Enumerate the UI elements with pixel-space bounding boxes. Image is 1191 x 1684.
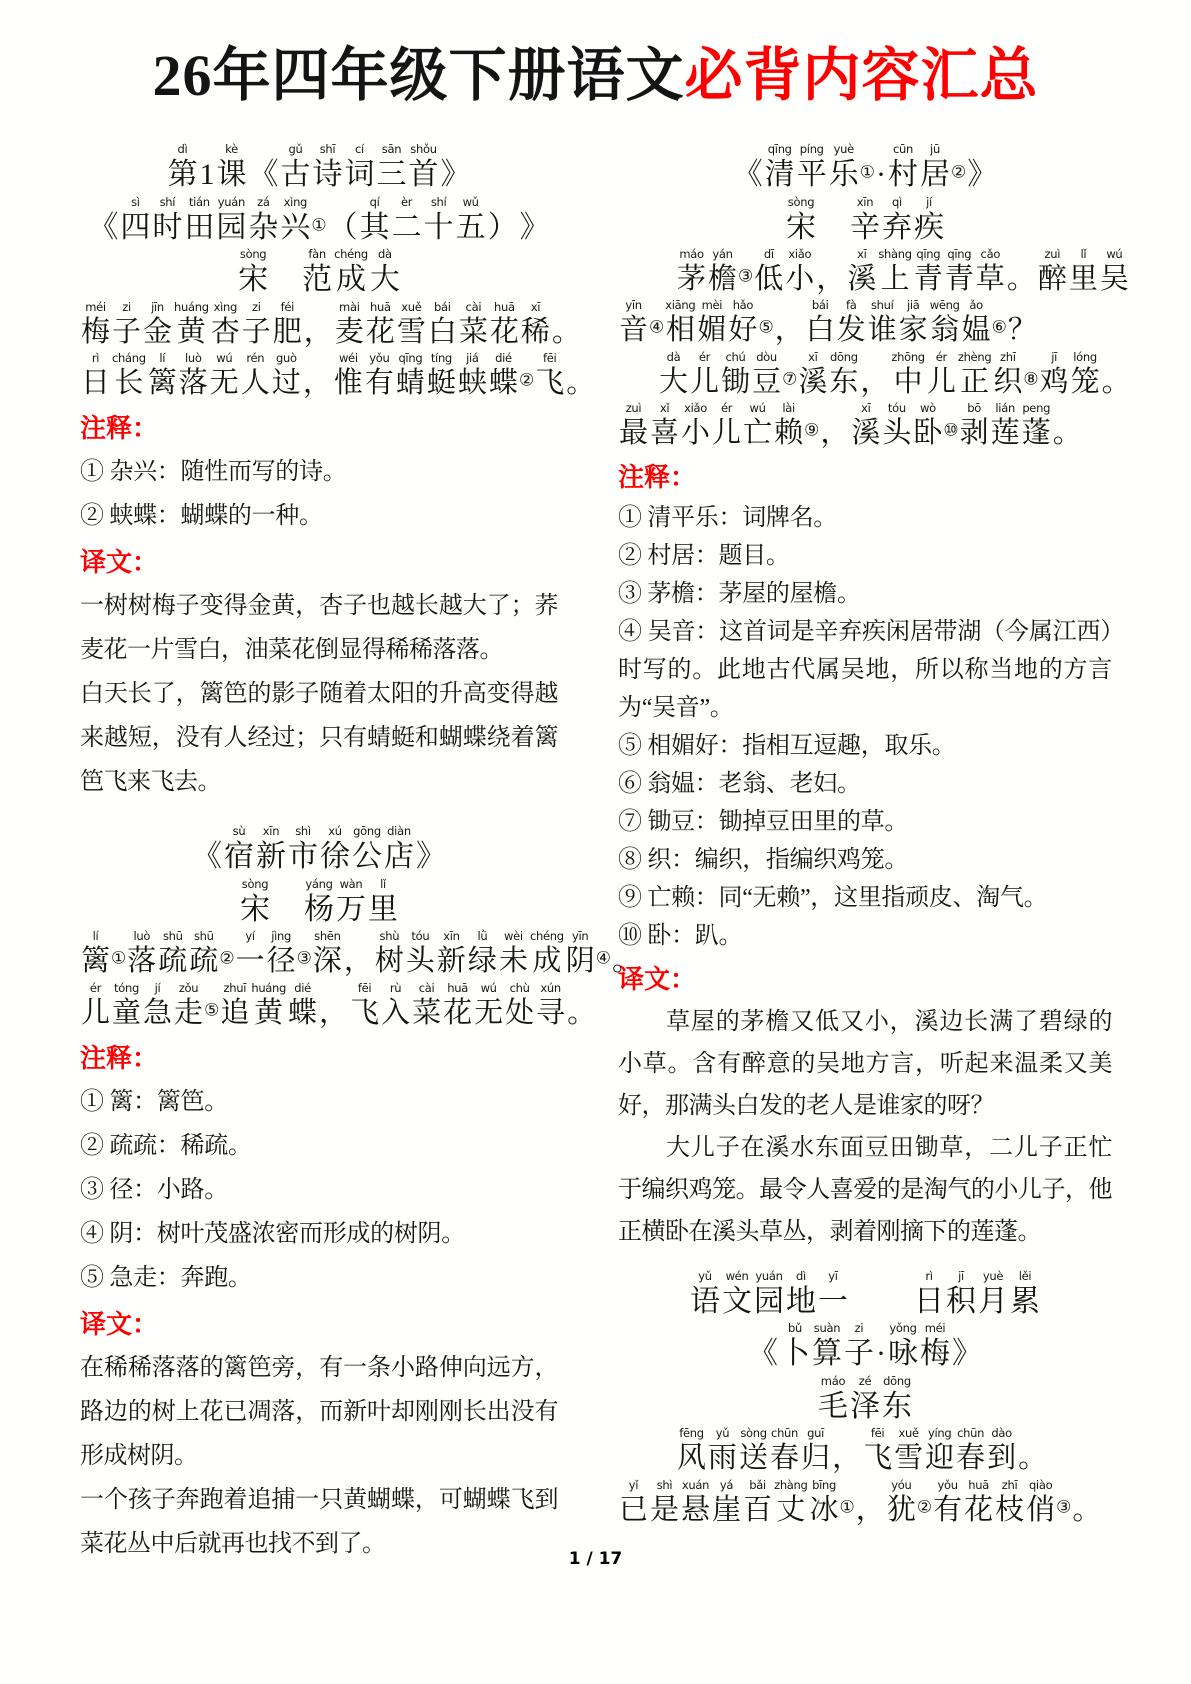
hanzi-with-pinyin: 东dōng — [882, 1403, 912, 1420]
hanzi-with-pinyin: 落luò — [179, 379, 208, 396]
hanzi-with-pinyin: 日rì — [914, 1298, 944, 1315]
hanzi-with-pinyin: 菜cài — [459, 328, 488, 345]
hanzi-with-pinyin: · — [876, 171, 886, 188]
hanzi-with-pinyin: 五wǔ — [456, 224, 486, 241]
poem-verse-line: 最zuì喜xǐ小xiǎo儿ér亡wú赖lài⑨，溪xī头tóu卧wò⑩剥bō莲l… — [618, 401, 1112, 448]
hanzi-with-pinyin: 入rù — [381, 1009, 410, 1026]
hanzi-with-pinyin: （ — [328, 224, 358, 241]
poem-title-line: 《宿sù新xīn市shì徐xú公gōng店diàn》 — [80, 824, 558, 873]
hanzi-with-pinyin: 《 — [192, 853, 222, 870]
hanzi-with-pinyin: ， — [319, 1009, 348, 1026]
hanzi-with-pinyin: 园yuán — [216, 224, 246, 241]
hanzi-with-pinyin: 宋sòng — [238, 276, 268, 293]
hanzi-with-pinyin: 处chù — [505, 1009, 534, 1026]
hanzi-with-pinyin: 《 — [748, 1350, 778, 1367]
hanzi-with-pinyin: ， — [816, 275, 845, 292]
annotation-ref: ① — [860, 163, 875, 182]
hanzi-with-pinyin: 日rì — [81, 379, 110, 396]
translation-paragraph: 一树树梅子变得金黄，杏子也越长越大了；荞麦花一片雪白，油菜花倒显得稀稀落落。 — [80, 584, 558, 672]
hanzi-with-pinyin: 《 — [249, 171, 279, 188]
poem-verse-line: 茅máo檐yán③低dī小xiǎo，溪xī上shàng青qīng青qīng草cǎ… — [618, 247, 1112, 294]
poem-author-line: 宋sòng 杨yáng万wàn里lǐ — [80, 877, 558, 926]
hanzi-with-pinyin: 喜xǐ — [650, 429, 679, 446]
hanzi-with-pinyin: 有yǒu — [933, 1506, 962, 1523]
poem-verse-line: 篱lí①落luò疏shū疏shū②一yí径jìng③深shēn，树shù头tóu… — [80, 929, 558, 976]
hanzi-with-pinyin: 崖yá — [712, 1506, 741, 1523]
hanzi-with-pinyin: 》 — [952, 1350, 982, 1367]
poem-title-line: 语yǔ文wén园yuán地dì一yī 日rì积jī月yuè累lěi — [618, 1269, 1112, 1318]
hanzi-with-pinyin: 二èr — [392, 224, 422, 241]
hanzi-with-pinyin: 卧wò — [913, 429, 942, 446]
hanzi-with-pinyin: 阴yīn — [566, 957, 595, 974]
poem-verse-line: 已yǐ是shì悬xuán崖yá百bǎi丈zhàng冰bīng①，犹yóu②有yǒ… — [618, 1478, 1112, 1525]
hanzi-with-pinyin: 里lǐ — [1069, 275, 1098, 292]
poem-author-line: 毛máo泽zé东dōng — [618, 1374, 1112, 1423]
annotation-ref: ② — [519, 371, 534, 390]
hanzi-with-pinyin: ？ — [1008, 326, 1037, 343]
hanzi-with-pinyin: 径jìng — [267, 957, 296, 974]
hanzi-with-pinyin: 麦mài — [335, 328, 364, 345]
poem-title-line: 《四sì时shí田tián园yuán杂zá兴xìng①（其qí二èr十shí五w… — [80, 195, 558, 244]
hanzi-with-pinyin: 时shí — [152, 224, 182, 241]
note-item: ⑨ 亡赖：同“无赖”，这里指顽皮、淘气。 — [618, 879, 1112, 917]
title-highlight: 必背内容汇总 — [685, 43, 1039, 108]
hanzi-with-pinyin: 落luò — [127, 957, 156, 974]
hanzi-with-pinyin: 子zi — [112, 328, 141, 345]
poem-verse-line: 日rì长cháng篱lí落luò无wú人rén过guò，惟wéi有yǒu蜻qīn… — [80, 351, 558, 398]
hanzi-with-pinyin: 亡wú — [743, 429, 772, 446]
hanzi-with-pinyin: 三sān — [377, 171, 407, 188]
hanzi-with-pinyin: 俏qiào — [1026, 1506, 1055, 1523]
hanzi-with-pinyin: 平píng — [797, 171, 827, 188]
hanzi-with-pinyin: 有yǒu — [365, 379, 394, 396]
hanzi-with-pinyin: 媪ǎo — [962, 326, 991, 343]
hanzi-with-pinyin: 蜻qīng — [396, 379, 425, 396]
hanzi-with-pinyin: ， — [303, 379, 332, 396]
hanzi-with-pinyin: 《 — [88, 224, 118, 241]
hanzi-with-pinyin: 深shēn — [313, 957, 342, 974]
hanzi-with-pinyin: 黄huáng — [174, 328, 209, 345]
hanzi-with-pinyin: 咏yǒng — [888, 1350, 918, 1367]
hanzi-with-pinyin: 肥féi — [273, 328, 302, 345]
annotation-ref: ⑥ — [992, 318, 1007, 337]
annotation-ref: ① — [840, 1497, 855, 1516]
note-item: ③ 径：小路。 — [80, 1168, 558, 1212]
hanzi-with-pinyin: 成chéng — [334, 276, 368, 293]
hanzi-with-pinyin: 蛱jiá — [458, 379, 487, 396]
hanzi-with-pinyin: 无wú — [210, 379, 239, 396]
hanzi-with-pinyin: 金jīn — [143, 328, 172, 345]
note-item: ① 清平乐：词牌名。 — [618, 499, 1112, 537]
hanzi-with-pinyin: 篱lí — [148, 379, 177, 396]
hanzi-with-pinyin: 其qí — [360, 224, 390, 241]
hanzi-with-pinyin: 无wú — [474, 1009, 503, 1026]
hanzi-with-pinyin: 溪xī — [847, 275, 876, 292]
hanzi-with-pinyin: 黄huáng — [251, 1009, 286, 1026]
hanzi-with-pinyin: 店diàn — [384, 853, 414, 870]
annotation-ref: ① — [111, 949, 126, 968]
hanzi-with-pinyin: 寻xún — [536, 1009, 565, 1026]
poem-verse-line: 儿ér童tóng急jí走zǒu⑤追zhuī黄huáng蝶dié，飞fēi入rù菜… — [80, 981, 558, 1028]
note-item: ③ 茅檐：茅屋的屋檐。 — [618, 575, 1112, 613]
hanzi-with-pinyin: 正zhèng — [958, 378, 991, 395]
hanzi-with-pinyin: 白bái — [428, 328, 457, 345]
hanzi-with-pinyin: 丈zhàng — [774, 1506, 807, 1523]
hanzi-with-pinyin — [270, 276, 300, 293]
hanzi-with-pinyin: 杨yáng — [304, 906, 334, 923]
hanzi-with-pinyin: 檐yán — [708, 275, 737, 292]
hanzi-with-pinyin: 积jī — [946, 1298, 976, 1315]
hanzi-with-pinyin: 里lǐ — [368, 906, 398, 923]
hanzi-with-pinyin: 织zhī — [993, 378, 1022, 395]
hanzi-with-pinyin: 市shì — [288, 853, 318, 870]
note-item: ⑤ 相媚好：指相互逗趣，取乐。 — [618, 727, 1112, 765]
hanzi-with-pinyin: 万wàn — [336, 906, 366, 923]
annotation-ref: ③ — [297, 949, 312, 968]
hanzi-with-pinyin: 家jiā — [899, 326, 928, 343]
hanzi-with-pinyin: 笼lóng — [1071, 378, 1100, 395]
hanzi-with-pinyin: 乐yuè — [829, 171, 859, 188]
hanzi-with-pinyin: 送sòng — [739, 1454, 768, 1471]
hanzi-with-pinyin: 冰bīng — [810, 1506, 839, 1523]
document-page: 26年四年级下册语文必背内容汇总 第dì1课kè《古gǔ诗shī词cí三sān首… — [0, 0, 1191, 1684]
hanzi-with-pinyin: 春chūn — [956, 1454, 985, 1471]
hanzi-with-pinyin: 宋sòng — [786, 224, 816, 241]
note-item: ② 疏疏：稀疏。 — [80, 1124, 558, 1168]
annotation-ref: ② — [951, 163, 966, 182]
hanzi-with-pinyin: 》 — [416, 853, 446, 870]
hanzi-with-pinyin: 雨yǔ — [708, 1454, 737, 1471]
hanzi-with-pinyin: 相xiāng — [665, 326, 695, 343]
hanzi-with-pinyin: 园yuán — [754, 1298, 784, 1315]
poem-title-line: 《清qīng平píng乐yuè①·村cūn居jū②》 — [618, 142, 1112, 191]
hanzi-with-pinyin: 长cháng — [112, 379, 146, 396]
hanzi-with-pinyin: 枝zhī — [995, 1506, 1024, 1523]
hanzi-with-pinyin: 草cǎo — [976, 275, 1005, 292]
annotation-ref: ④ — [596, 949, 611, 968]
hanzi-with-pinyin: 徐xú — [320, 853, 350, 870]
hanzi-with-pinyin: 成chéng — [530, 957, 564, 974]
translation-paragraph: 大儿子在溪水东面豆田锄草，二儿子正忙于编织鸡笼。最令人喜爱的是淘气的小儿子，他正… — [618, 1127, 1112, 1253]
note-item: ① 杂兴：随性而写的诗。 — [80, 450, 558, 494]
hanzi-with-pinyin: 吴wú — [1100, 275, 1129, 292]
hanzi-with-pinyin: ， — [344, 957, 373, 974]
hanzi-with-pinyin: 儿ér — [927, 378, 956, 395]
hanzi-with-pinyin: 疾jí — [914, 224, 944, 241]
hanzi-with-pinyin: 绿lǜ — [468, 957, 497, 974]
note-item: ② 蛱蝶：蝴蝶的一种。 — [80, 494, 558, 538]
hanzi-with-pinyin: 。 — [1018, 1454, 1047, 1471]
hanzi-with-pinyin — [818, 224, 848, 241]
hanzi-with-pinyin: 醉zuì — [1038, 275, 1067, 292]
annotation-ref: ② — [917, 1497, 932, 1516]
poem-author-line: 宋sòng 范fàn成chéng大dà — [80, 247, 558, 296]
hanzi-with-pinyin: 菜cài — [412, 1009, 441, 1026]
hanzi-with-pinyin: 锄chú — [721, 378, 750, 395]
hanzi-with-pinyin: 古gǔ — [281, 171, 311, 188]
hanzi-with-pinyin: 豆dòu — [752, 378, 781, 395]
hanzi-with-pinyin: 十shí — [424, 224, 454, 241]
hanzi-with-pinyin: 宿sù — [224, 853, 254, 870]
hanzi-with-pinyin: 累lěi — [1010, 1298, 1040, 1315]
poem-verse-line: 梅méi子zi金jīn黄huáng杏xìng子zi肥féi，麦mài花huā雪x… — [80, 300, 558, 347]
hanzi-with-pinyin: 谁shuí — [868, 326, 897, 343]
column-right: 《清qīng平píng乐yuè①·村cūn居jū②》宋sòng 辛xīn弃qì疾… — [618, 138, 1112, 1528]
hanzi-with-pinyin: 清qīng — [765, 171, 795, 188]
hanzi-with-pinyin: 首shǒu — [409, 171, 439, 188]
annotation-ref: ⑩ — [943, 421, 958, 440]
title-prefix: 26年四年级下册语文 — [152, 43, 684, 108]
hanzi-with-pinyin: ， — [856, 1506, 885, 1523]
hanzi-with-pinyin: 子zi — [844, 1350, 874, 1367]
hanzi-with-pinyin: 语yǔ — [690, 1298, 720, 1315]
note-item: ⑤ 急走：奔跑。 — [80, 1256, 558, 1300]
hanzi-with-pinyin: 稀xī — [521, 328, 550, 345]
annotation-ref: ⑤ — [758, 318, 773, 337]
hanzi-with-pinyin: · — [876, 1350, 886, 1367]
annotation-ref: ③ — [1056, 1497, 1071, 1516]
hanzi-with-pinyin: 树shù — [375, 957, 404, 974]
hanzi-with-pinyin: 花huā — [964, 1506, 993, 1523]
hanzi-with-pinyin: 四sì — [120, 224, 150, 241]
hanzi-with-pinyin: 雪xuě — [894, 1454, 923, 1471]
hanzi-with-pinyin: 花huā — [443, 1009, 472, 1026]
page-title: 26年四年级下册语文必背内容汇总 — [0, 28, 1191, 112]
hanzi-with-pinyin: 急jí — [143, 1009, 172, 1026]
annotation-ref: ⑤ — [204, 1000, 219, 1019]
hanzi-with-pinyin: 飞fēi — [863, 1454, 892, 1471]
translation-paragraph: 草屋的茅檐又低又小，溪边长满了碧绿的小草。含有醉意的吴地方言，听起来温柔又美好，… — [618, 1001, 1112, 1127]
hanzi-with-pinyin: 月yuè — [978, 1298, 1008, 1315]
hanzi-with-pinyin: 范fàn — [302, 276, 332, 293]
hanzi-with-pinyin: 莲lián — [991, 429, 1020, 446]
hanzi-with-pinyin: 飞fēi — [535, 379, 564, 396]
section-label: 注释： — [80, 408, 558, 450]
section-label: 注释： — [618, 457, 1112, 499]
hanzi-with-pinyin: 迎yíng — [925, 1454, 954, 1471]
hanzi-with-pinyin: 最zuì — [619, 429, 648, 446]
poem-verse-line: 风fēng雨yǔ送sòng春chūn归guī，飞fēi雪xuě迎yíng春chū… — [618, 1426, 1112, 1473]
note-item: ⑦ 锄豆：锄掉豆田里的草。 — [618, 803, 1112, 841]
annotation-ref: ③ — [738, 267, 753, 286]
hanzi-with-pinyin: 头tóu — [406, 957, 435, 974]
hanzi-with-pinyin: 花huā — [490, 328, 519, 345]
hanzi-with-pinyin: 诗shī — [313, 171, 343, 188]
hanzi-with-pinyin: 音yīn — [619, 326, 648, 343]
hanzi-with-pinyin: 飞fēi — [350, 1009, 379, 1026]
hanzi-with-pinyin: 到dào — [987, 1454, 1016, 1471]
hanzi-with-pinyin: 小xiǎo — [785, 275, 814, 292]
poem-verse-line: 大dà儿ér锄chú豆dòu⑦溪xī东dōng，中zhōng儿ér正zhèng织… — [618, 350, 1112, 397]
section-label: 译文： — [618, 959, 1112, 1001]
hanzi-with-pinyin: 青qīng — [914, 275, 943, 292]
hanzi-with-pinyin: 发fà — [837, 326, 866, 343]
poem-author-line: 宋sòng 辛xīn弃qì疾jí — [618, 195, 1112, 244]
hanzi-with-pinyin: 东dōng — [829, 378, 858, 395]
hanzi-with-pinyin: 梅méi — [920, 1350, 950, 1367]
hanzi-with-pinyin: 兴xìng — [280, 224, 310, 241]
hanzi-with-pinyin: 杂zá — [248, 224, 278, 241]
hanzi-with-pinyin: 宋sòng — [240, 906, 270, 923]
hanzi-with-pinyin: 子zi — [242, 328, 271, 345]
hanzi-with-pinyin: 居jū — [920, 171, 950, 188]
annotation-ref: ⑧ — [1023, 370, 1038, 389]
hanzi-with-pinyin: 好hǎo — [728, 326, 757, 343]
translation-paragraph: 白天长了，篱笆的影子随着太阳的升高变得越来越短，没有人经过；只有蜻蜓和蝴蝶绕着篱… — [80, 672, 558, 804]
note-item: ⑩ 卧：趴。 — [618, 917, 1112, 955]
hanzi-with-pinyin: 《 — [733, 171, 763, 188]
hanzi-with-pinyin: 疏shū — [189, 957, 218, 974]
hanzi-with-pinyin: 走zǒu — [174, 1009, 203, 1026]
hanzi-with-pinyin: 百bǎi — [743, 1506, 772, 1523]
hanzi-with-pinyin: 蜓tíng — [427, 379, 456, 396]
hanzi-with-pinyin: 低dī — [754, 275, 783, 292]
hanzi-with-pinyin: 中zhōng — [891, 378, 924, 395]
hanzi-with-pinyin: 毛máo — [818, 1403, 848, 1420]
hanzi-with-pinyin: 梅méi — [81, 328, 110, 345]
section-label: 译文： — [80, 1304, 558, 1346]
hanzi-with-pinyin: 》 — [520, 224, 550, 241]
hanzi-with-pinyin — [882, 1298, 912, 1315]
hanzi-with-pinyin: 文wén — [722, 1298, 752, 1315]
section-label: 注释： — [80, 1038, 558, 1080]
hanzi-with-pinyin: 儿ér — [81, 1009, 110, 1026]
hanzi-with-pinyin: 蝶dié — [288, 1009, 317, 1026]
hanzi-with-pinyin: 翁wēng — [930, 326, 960, 343]
hanzi-with-pinyin: 词cí — [345, 171, 375, 188]
hanzi-with-pinyin: 辛xīn — [850, 224, 880, 241]
hanzi-with-pinyin: 已yǐ — [619, 1506, 648, 1523]
annotation-ref: ⑦ — [782, 370, 797, 389]
column-left: 第dì1课kè《古gǔ诗shī词cí三sān首shǒu》《四sì时shí田tiá… — [80, 138, 558, 1566]
hanzi-with-pinyin: 风fēng — [677, 1454, 706, 1471]
hanzi-with-pinyin: 一yī — [818, 1298, 848, 1315]
hanzi-with-pinyin: 溪xī — [851, 429, 880, 446]
hanzi-with-pinyin: 1 — [200, 171, 215, 188]
hanzi-with-pinyin: 算suàn — [812, 1350, 842, 1367]
hanzi-with-pinyin: ， — [832, 1454, 861, 1471]
hanzi-with-pinyin: 泽zé — [850, 1403, 880, 1420]
hanzi-with-pinyin: 过guò — [272, 379, 301, 396]
hanzi-with-pinyin: 课kè — [217, 171, 247, 188]
note-item: ④ 吴音：这首词是辛弃疾闲居带湖（今属江西）时写的。此地古代属吴地，所以称当地的… — [618, 613, 1112, 727]
hanzi-with-pinyin: 归guī — [801, 1454, 830, 1471]
hanzi-with-pinyin: 。 — [567, 1009, 596, 1026]
hanzi-with-pinyin: 新xīn — [437, 957, 466, 974]
hanzi-with-pinyin: 大dà — [659, 378, 688, 395]
hanzi-with-pinyin: 村cūn — [888, 171, 918, 188]
hanzi-with-pinyin: ， — [304, 328, 333, 345]
hanzi-with-pinyin: 鸡jī — [1040, 378, 1069, 395]
hanzi-with-pinyin: 童tóng — [112, 1009, 141, 1026]
hanzi-with-pinyin: ） — [488, 224, 518, 241]
annotation-ref: ④ — [649, 318, 664, 337]
hanzi-with-pinyin: 儿ér — [712, 429, 741, 446]
note-item: ⑥ 翁媪：老翁、老妇。 — [618, 765, 1112, 803]
hanzi-with-pinyin: 青qīng — [945, 275, 974, 292]
hanzi-with-pinyin: 茅máo — [677, 275, 706, 292]
hanzi-with-pinyin: 头tóu — [882, 429, 911, 446]
poem-verse-line: 音yīn④相xiāng媚mèi好hǎo⑤，白bái发fà谁shuí家jiā翁wē… — [618, 298, 1112, 345]
hanzi-with-pinyin: 上shàng — [878, 275, 911, 292]
hanzi-with-pinyin: 雪xuě — [397, 328, 426, 345]
hanzi-with-pinyin: ， — [775, 326, 804, 343]
hanzi-with-pinyin: 。 — [1072, 1506, 1101, 1523]
hanzi-with-pinyin: 》 — [441, 171, 471, 188]
hanzi-with-pinyin: 新xīn — [256, 853, 286, 870]
hanzi-with-pinyin — [272, 906, 302, 923]
note-item: ② 村居：题目。 — [618, 537, 1112, 575]
hanzi-with-pinyin: 一yí — [236, 957, 265, 974]
annotation-ref: ① — [311, 215, 326, 234]
hanzi-with-pinyin: 弃qì — [882, 224, 912, 241]
hanzi-with-pinyin: 追zhuī — [220, 1009, 249, 1026]
annotation-ref: ② — [219, 949, 234, 968]
hanzi-with-pinyin: 》 — [967, 171, 997, 188]
hanzi-with-pinyin: 是shì — [650, 1506, 679, 1523]
hanzi-with-pinyin: 媚mèi — [697, 326, 726, 343]
note-item: ① 篱：篱笆。 — [80, 1080, 558, 1124]
hanzi-with-pinyin: 白bái — [806, 326, 835, 343]
translation-paragraph: 在稀稀落落的篱笆旁，有一条小路伸向远方，路边的树上花已凋落，而新叶却刚刚长出没有… — [80, 1346, 558, 1478]
hanzi-with-pinyin: ， — [860, 378, 889, 395]
hanzi-with-pinyin: 儿ér — [690, 378, 719, 395]
note-item: ⑧ 织：编织，指编织鸡笼。 — [618, 841, 1112, 879]
hanzi-with-pinyin: 剥bō — [960, 429, 989, 446]
hanzi-with-pinyin: 蝶dié — [489, 379, 518, 396]
section-label: 译文： — [80, 542, 558, 584]
hanzi-with-pinyin: 田tián — [184, 224, 214, 241]
hanzi-with-pinyin: ， — [820, 429, 849, 446]
hanzi-with-pinyin: 。 — [566, 379, 595, 396]
hanzi-with-pinyin: 第dì — [168, 171, 198, 188]
hanzi-with-pinyin: 篱lí — [81, 957, 110, 974]
hanzi-with-pinyin: 地dì — [786, 1298, 816, 1315]
hanzi-with-pinyin: 犹yóu — [887, 1506, 916, 1523]
hanzi-with-pinyin: 溪xī — [798, 378, 827, 395]
hanzi-with-pinyin: 春chūn — [770, 1454, 799, 1471]
hanzi-with-pinyin: 公gōng — [352, 853, 382, 870]
hanzi-with-pinyin: 。 — [1053, 429, 1082, 446]
hanzi-with-pinyin: 。 — [1007, 275, 1036, 292]
annotation-ref: ⑨ — [804, 421, 819, 440]
hanzi-with-pinyin: 人rén — [241, 379, 270, 396]
hanzi-with-pinyin: 赖lài — [774, 429, 803, 446]
hanzi-with-pinyin: 疏shū — [158, 957, 187, 974]
hanzi-with-pinyin: 大dà — [370, 276, 400, 293]
hanzi-with-pinyin: 卜bǔ — [780, 1350, 810, 1367]
page-number: 1 / 17 — [0, 1549, 1191, 1569]
hanzi-with-pinyin: 蓬peng — [1022, 429, 1051, 446]
poem-title-line: 第dì1课kè《古gǔ诗shī词cí三sān首shǒu》 — [80, 142, 558, 191]
hanzi-with-pinyin: 惟wéi — [334, 379, 363, 396]
hanzi-with-pinyin: 。 — [552, 328, 581, 345]
hanzi-with-pinyin: 杏xìng — [211, 328, 240, 345]
poem-title-line: 《卜bǔ算suàn子zi·咏yǒng梅méi》 — [618, 1321, 1112, 1370]
hanzi-with-pinyin: 小xiǎo — [681, 429, 710, 446]
hanzi-with-pinyin: 未wèi — [499, 957, 528, 974]
hanzi-with-pinyin: 悬xuán — [681, 1506, 710, 1523]
note-item: ④ 阴：树叶茂盛浓密而形成的树阴。 — [80, 1212, 558, 1256]
hanzi-with-pinyin: 花huā — [366, 328, 395, 345]
hanzi-with-pinyin: 。 — [1102, 378, 1131, 395]
hanzi-with-pinyin — [850, 1298, 880, 1315]
